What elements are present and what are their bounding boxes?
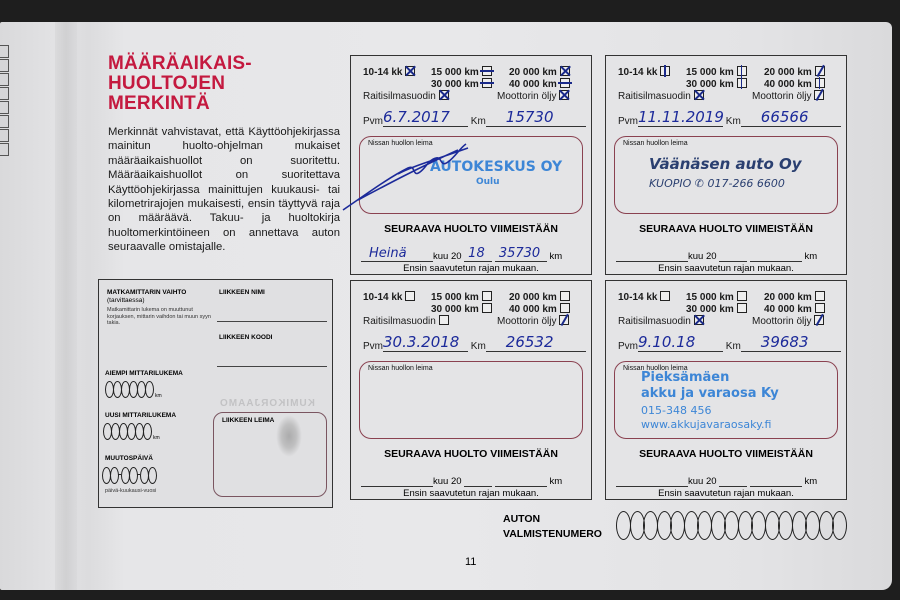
- month-suffix-label: kuu 20: [433, 476, 462, 487]
- months-checkbox[interactable]: [405, 291, 415, 301]
- intro-text: Merkinnät vahvistavat, että Käyttöohjeki…: [108, 125, 340, 255]
- stamp-text: www.akkujavaraosaky.fi: [641, 418, 771, 431]
- months-label: 10-14 kk: [618, 292, 657, 303]
- next-km-field[interactable]: 35730: [495, 246, 547, 262]
- km40-option: 40 000 km: [764, 78, 825, 90]
- vin-cell[interactable]: [805, 511, 820, 540]
- next-service-rule: Ensin saavutetun rajan mukaan.: [351, 263, 591, 274]
- vin-field[interactable]: [616, 511, 846, 540]
- new-reading-field[interactable]: [103, 423, 151, 440]
- next-service-row: kuu 20 km: [616, 471, 817, 487]
- date-field[interactable]: 9.10.18: [638, 333, 723, 352]
- km-label: Km: [726, 341, 741, 352]
- shop-stamp-area: LIIKKEEN LEIMA: [213, 412, 327, 497]
- month-suffix-label: kuu 20: [688, 476, 717, 487]
- km30-label: 30 000 km: [686, 79, 734, 90]
- km15-option: 15 000 km: [686, 291, 747, 303]
- air-filter-label: Raitisilmasuodin: [618, 316, 691, 327]
- months-option: 10-14 kk: [363, 66, 415, 78]
- km20-label: 20 000 km: [509, 292, 557, 303]
- next-month-field[interactable]: Heinä: [361, 246, 433, 262]
- next-month-field[interactable]: [616, 246, 688, 262]
- heading-line-2: HUOLTOJEN: [108, 74, 252, 94]
- date-format-hint: päivä-kuukausi-vuosi: [105, 488, 156, 494]
- km30-option: 30 000 km: [431, 78, 492, 90]
- km20-label: 20 000 km: [509, 67, 557, 78]
- date-field[interactable]: 6.7.2017: [383, 108, 468, 127]
- air-filter-option: Raitisilmasuodin: [363, 315, 449, 327]
- engine-oil-option: Moottorin öljy: [497, 90, 569, 102]
- vin-cell[interactable]: [616, 511, 631, 540]
- air-filter-option: Raitisilmasuodin: [618, 315, 704, 327]
- new-reading-km-unit: km: [153, 435, 160, 441]
- odometer-change-box: KUMIKORJAAMO MATKAMITTARIN VAIHTO (tarvi…: [98, 279, 333, 508]
- km40-option: 40 000 km: [509, 78, 570, 90]
- page-heading: MÄÄRÄAIKAIS- HUOLTOJEN MERKINTÄ: [108, 54, 252, 114]
- km-unit-label: km: [804, 476, 817, 487]
- next-year-field[interactable]: [719, 471, 747, 487]
- next-service-rule: Ensin saavutetun rajan mukaan.: [606, 488, 846, 499]
- shop-code-field[interactable]: [217, 366, 327, 367]
- vin-cell[interactable]: [778, 511, 793, 540]
- engine-oil-checkbox[interactable]: [559, 90, 569, 100]
- km20-option: 20 000 km: [509, 66, 570, 78]
- vin-label-line-2: VALMISTENUMERO: [503, 527, 602, 542]
- km-value: 66566: [761, 108, 809, 126]
- km-unit-label: km: [549, 251, 562, 262]
- air-filter-option: Raitisilmasuodin: [363, 90, 449, 102]
- engine-oil-label: Moottorin öljy: [497, 316, 556, 327]
- km20-label: 20 000 km: [764, 292, 812, 303]
- next-service-title: SEURAAVA HUOLTO VIIMEISTÄÄN: [606, 448, 846, 460]
- next-km-field[interactable]: [495, 471, 547, 487]
- months-checkbox[interactable]: [660, 291, 670, 301]
- stamp-text: Väänäsen auto Oy: [649, 155, 802, 173]
- service-entry-card: 10-14 kk 15 000 km 20 000 km 30 000 km 4…: [350, 280, 592, 500]
- km-label: Km: [726, 116, 741, 127]
- next-year-field[interactable]: [719, 246, 747, 262]
- new-reading-label: UUSI MITTARILUKEMA: [105, 412, 176, 419]
- km20-option: 20 000 km: [764, 291, 825, 303]
- km-value: 15730: [506, 108, 554, 126]
- km40-label: 40 000 km: [509, 79, 557, 90]
- next-year-field[interactable]: 18: [464, 246, 492, 262]
- next-year-field[interactable]: [464, 471, 492, 487]
- technician-signature: [338, 138, 478, 218]
- previous-reading-field[interactable]: [105, 381, 153, 398]
- vin-cell[interactable]: [670, 511, 685, 540]
- vin-cell[interactable]: [643, 511, 658, 540]
- service-entry-card: 10-14 kk 15 000 km 20 000 km 30 000 km 4…: [605, 55, 847, 275]
- km20-checkbox[interactable]: [560, 291, 570, 301]
- date-value: 6.7.2017: [383, 108, 450, 126]
- next-service-row: kuu 20 km: [616, 246, 817, 262]
- km20-option: 20 000 km: [764, 66, 825, 78]
- km40-checkbox[interactable]: [815, 303, 825, 313]
- engine-oil-option: Moottorin öljy: [497, 315, 569, 327]
- shop-code-label: LIIKKEEN KOODI: [219, 334, 272, 341]
- engine-oil-checkbox[interactable]: [814, 315, 824, 325]
- km20-checkbox[interactable]: [815, 66, 825, 76]
- next-km-value: 35730: [499, 246, 540, 261]
- date-km-row: Pvm9.10.18 Km39683: [618, 333, 841, 352]
- shop-stamp-label: LIIKKEEN LEIMA: [222, 417, 274, 424]
- km15-checkbox[interactable]: [737, 291, 747, 301]
- km30-checkbox[interactable]: [482, 303, 492, 313]
- shop-name-label: LIIKKEEN NIMI: [219, 289, 265, 296]
- stamp-label: Nissan huollon leima: [623, 140, 688, 147]
- km40-label: 40 000 km: [509, 304, 557, 315]
- km40-checkbox[interactable]: [815, 78, 825, 88]
- km15-option: 15 000 km: [431, 66, 492, 78]
- air-filter-checkbox[interactable]: [439, 90, 449, 100]
- km40-option: 40 000 km: [764, 303, 825, 315]
- months-label: 10-14 kk: [618, 67, 657, 78]
- months-label: 10-14 kk: [363, 292, 402, 303]
- air-filter-label: Raitisilmasuodin: [618, 91, 691, 102]
- km30-label: 30 000 km: [431, 79, 479, 90]
- engine-oil-option: Moottorin öljy: [752, 90, 824, 102]
- ghost-stamp-imprint: KUMIKORJAAMO: [219, 398, 315, 409]
- next-service-row: kuu 20 km: [361, 471, 562, 487]
- km15-checkbox[interactable]: [482, 291, 492, 301]
- km20-option: 20 000 km: [509, 291, 570, 303]
- air-filter-label: Raitisilmasuodin: [363, 316, 436, 327]
- vin-label: AUTON VALMISTENUMERO: [503, 512, 602, 542]
- date-value: 9.10.18: [638, 333, 695, 351]
- vin-cell[interactable]: [724, 511, 739, 540]
- next-service-row: Heinäkuu 20 18 35730 km: [361, 246, 562, 262]
- km-value: 39683: [761, 333, 809, 351]
- km40-option: 40 000 km: [509, 303, 570, 315]
- engine-oil-label: Moottorin öljy: [497, 91, 556, 102]
- previous-reading-label: AIEMPI MITTARILUKEMA: [105, 370, 183, 377]
- next-km-field[interactable]: [750, 471, 802, 487]
- odometer-change-subtitle: (tarvittaessa): [107, 297, 145, 304]
- next-service-title: SEURAAVA HUOLTO VIIMEISTÄÄN: [351, 223, 591, 235]
- heading-line-1: MÄÄRÄAIKAIS-: [108, 54, 252, 74]
- shop-name-field[interactable]: [217, 321, 327, 322]
- stamp-text: 015-348 456: [641, 404, 711, 417]
- stamp-text: akku ja varaosa Ky: [641, 386, 779, 401]
- dealer-stamp-area: Nissan huollon leima Väänäsen auto Oy KU…: [614, 136, 838, 214]
- previous-reading-km-unit: km: [155, 393, 162, 399]
- km30-checkbox[interactable]: [737, 78, 747, 88]
- next-service-rule: Ensin saavutetun rajan mukaan.: [351, 488, 591, 499]
- km20-checkbox[interactable]: [815, 291, 825, 301]
- stamp-text: KUOPIO ✆ 017-266 6600: [649, 177, 785, 190]
- engine-oil-label: Moottorin öljy: [752, 316, 811, 327]
- date-value: 11.11.2019: [638, 108, 724, 126]
- odometer-change-title: MATKAMITTARIN VAIHTO: [107, 289, 186, 296]
- km15-option: 15 000 km: [686, 66, 747, 78]
- km-unit-label: km: [804, 251, 817, 262]
- km-field[interactable]: 15730: [486, 108, 586, 127]
- air-filter-option: Raitisilmasuodin: [618, 90, 704, 102]
- km15-label: 15 000 km: [431, 67, 479, 78]
- km-field[interactable]: 66566: [741, 108, 841, 127]
- heading-line-3: MERKINTÄ: [108, 94, 252, 114]
- next-service-title: SEURAAVA HUOLTO VIIMEISTÄÄN: [606, 223, 846, 235]
- km15-label: 15 000 km: [431, 292, 479, 303]
- km-label: Km: [471, 341, 486, 352]
- km-value: 26532: [506, 333, 554, 351]
- date-field[interactable]: 30.3.2018: [383, 333, 468, 352]
- air-filter-checkbox[interactable]: [694, 315, 704, 325]
- date-km-row: Pvm30.3.2018 Km26532: [363, 333, 586, 352]
- km15-label: 15 000 km: [686, 292, 734, 303]
- next-km-field[interactable]: [750, 246, 802, 262]
- engine-oil-label: Moottorin öljy: [752, 91, 811, 102]
- next-month-field[interactable]: [616, 471, 688, 487]
- km30-label: 30 000 km: [686, 304, 734, 315]
- stamp-label: Nissan huollon leima: [368, 365, 433, 372]
- stamp-text: Oulu: [476, 177, 500, 187]
- ink-smudge: [276, 415, 302, 457]
- date-km-row: Pvm11.11.2019 Km66566: [618, 108, 841, 127]
- km-label: Km: [471, 116, 486, 127]
- months-option: 10-14 kk: [618, 66, 670, 78]
- air-filter-label: Raitisilmasuodin: [363, 91, 436, 102]
- km20-label: 20 000 km: [764, 67, 812, 78]
- change-date-label: MUUTOSPÄIVÄ: [105, 455, 153, 462]
- km40-checkbox[interactable]: [560, 78, 570, 88]
- km30-option: 30 000 km: [686, 303, 747, 315]
- dealer-stamp-area: Nissan huollon leima Pieksämäen akku ja …: [614, 361, 838, 439]
- odometer-change-description: Matkamittarin lukema on muuttunut korjau…: [107, 307, 215, 327]
- next-month-value: Heinä: [369, 246, 407, 261]
- date-label: Pvm: [363, 116, 383, 127]
- next-service-title: SEURAAVA HUOLTO VIIMEISTÄÄN: [351, 448, 591, 460]
- km15-checkbox[interactable]: [737, 66, 747, 76]
- km30-label: 30 000 km: [431, 304, 479, 315]
- month-suffix-label: kuu 20: [688, 251, 717, 262]
- km30-option: 30 000 km: [431, 303, 492, 315]
- air-filter-checkbox[interactable]: [694, 90, 704, 100]
- km40-checkbox[interactable]: [560, 303, 570, 313]
- date-km-row: Pvm6.7.2017 Km15730: [363, 108, 586, 127]
- vin-cell[interactable]: [697, 511, 712, 540]
- km15-option: 15 000 km: [431, 291, 492, 303]
- stamp-text: Pieksämäen: [641, 370, 729, 385]
- month-suffix-label: kuu 20: [433, 251, 462, 262]
- months-checkbox[interactable]: [405, 66, 415, 76]
- km-unit-label: km: [549, 476, 562, 487]
- km40-label: 40 000 km: [764, 79, 812, 90]
- next-year-value: 18: [468, 246, 485, 261]
- next-month-field[interactable]: [361, 471, 433, 487]
- km20-checkbox[interactable]: [560, 66, 570, 76]
- km30-checkbox[interactable]: [737, 303, 747, 313]
- km30-checkbox[interactable]: [482, 78, 492, 88]
- months-option: 10-14 kk: [618, 291, 670, 303]
- change-date-field[interactable]: [102, 467, 156, 484]
- page-number: 11: [465, 556, 476, 568]
- date-label: Pvm: [618, 116, 638, 127]
- date-label: Pvm: [363, 341, 383, 352]
- km15-label: 15 000 km: [686, 67, 734, 78]
- date-field[interactable]: 11.11.2019: [638, 108, 723, 127]
- months-checkbox[interactable]: [660, 66, 670, 76]
- engine-oil-checkbox[interactable]: [559, 315, 569, 325]
- air-filter-checkbox[interactable]: [439, 315, 449, 325]
- km-field[interactable]: 26532: [486, 333, 586, 352]
- engine-oil-checkbox[interactable]: [814, 90, 824, 100]
- date-label: Pvm: [618, 341, 638, 352]
- previous-page-table-edge: [0, 45, 8, 157]
- vin-label-line-1: AUTON: [503, 512, 602, 527]
- date-value: 30.3.2018: [383, 333, 459, 351]
- km-field[interactable]: 39683: [741, 333, 841, 352]
- km15-checkbox[interactable]: [482, 66, 492, 76]
- service-entry-card: 10-14 kk 15 000 km 20 000 km 30 000 km 4…: [605, 280, 847, 500]
- months-label: 10-14 kk: [363, 67, 402, 78]
- vin-cell[interactable]: [832, 511, 847, 540]
- next-service-rule: Ensin saavutetun rajan mukaan.: [606, 263, 846, 274]
- months-option: 10-14 kk: [363, 291, 415, 303]
- vin-cell[interactable]: [751, 511, 766, 540]
- dealer-stamp-area: Nissan huollon leima: [359, 361, 583, 439]
- page-fold-shadow: [55, 22, 77, 590]
- km40-label: 40 000 km: [764, 304, 812, 315]
- km30-option: 30 000 km: [686, 78, 747, 90]
- engine-oil-option: Moottorin öljy: [752, 315, 824, 327]
